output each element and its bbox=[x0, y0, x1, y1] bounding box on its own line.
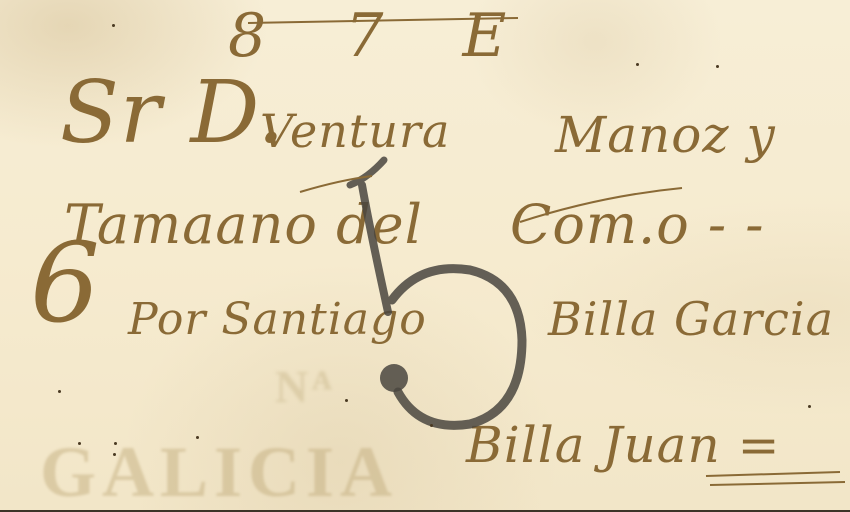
addressee-surname: Manoz y bbox=[555, 110, 776, 160]
address-line-2b: Com.o - - bbox=[510, 198, 765, 252]
postmark-galicia: GALICIA bbox=[40, 436, 398, 508]
salutation: Sr D. bbox=[60, 70, 286, 156]
address-line-route: Por Santiago bbox=[128, 298, 427, 342]
paper-speck bbox=[113, 453, 116, 456]
paper-speck bbox=[636, 63, 639, 66]
paper-speck bbox=[78, 442, 81, 445]
paper-speck bbox=[716, 65, 719, 68]
address-line-town: Billa Garcia bbox=[548, 296, 834, 342]
address-line-2a: Tamaano del bbox=[64, 198, 423, 252]
paper-speck bbox=[808, 405, 811, 408]
postal-cover: Nᴬ GALICIA 8 7 E Sr D. Ventura Manoz y 6… bbox=[0, 0, 850, 512]
paper-speck bbox=[58, 390, 61, 393]
docket-mark: 8 7 E bbox=[228, 6, 536, 66]
postmark-fragment: Nᴬ bbox=[275, 360, 336, 413]
paper-speck bbox=[196, 436, 199, 439]
postmark-text: GALICIA bbox=[40, 432, 398, 512]
paper-speck bbox=[430, 424, 433, 427]
paper-speck bbox=[112, 24, 115, 27]
addressee-first-name: Ventura bbox=[260, 108, 450, 154]
paper-speck bbox=[114, 442, 117, 445]
rate-mark-dot bbox=[380, 364, 408, 392]
address-line-destination: Billa Juan = bbox=[466, 420, 780, 470]
paper-speck bbox=[345, 399, 348, 402]
